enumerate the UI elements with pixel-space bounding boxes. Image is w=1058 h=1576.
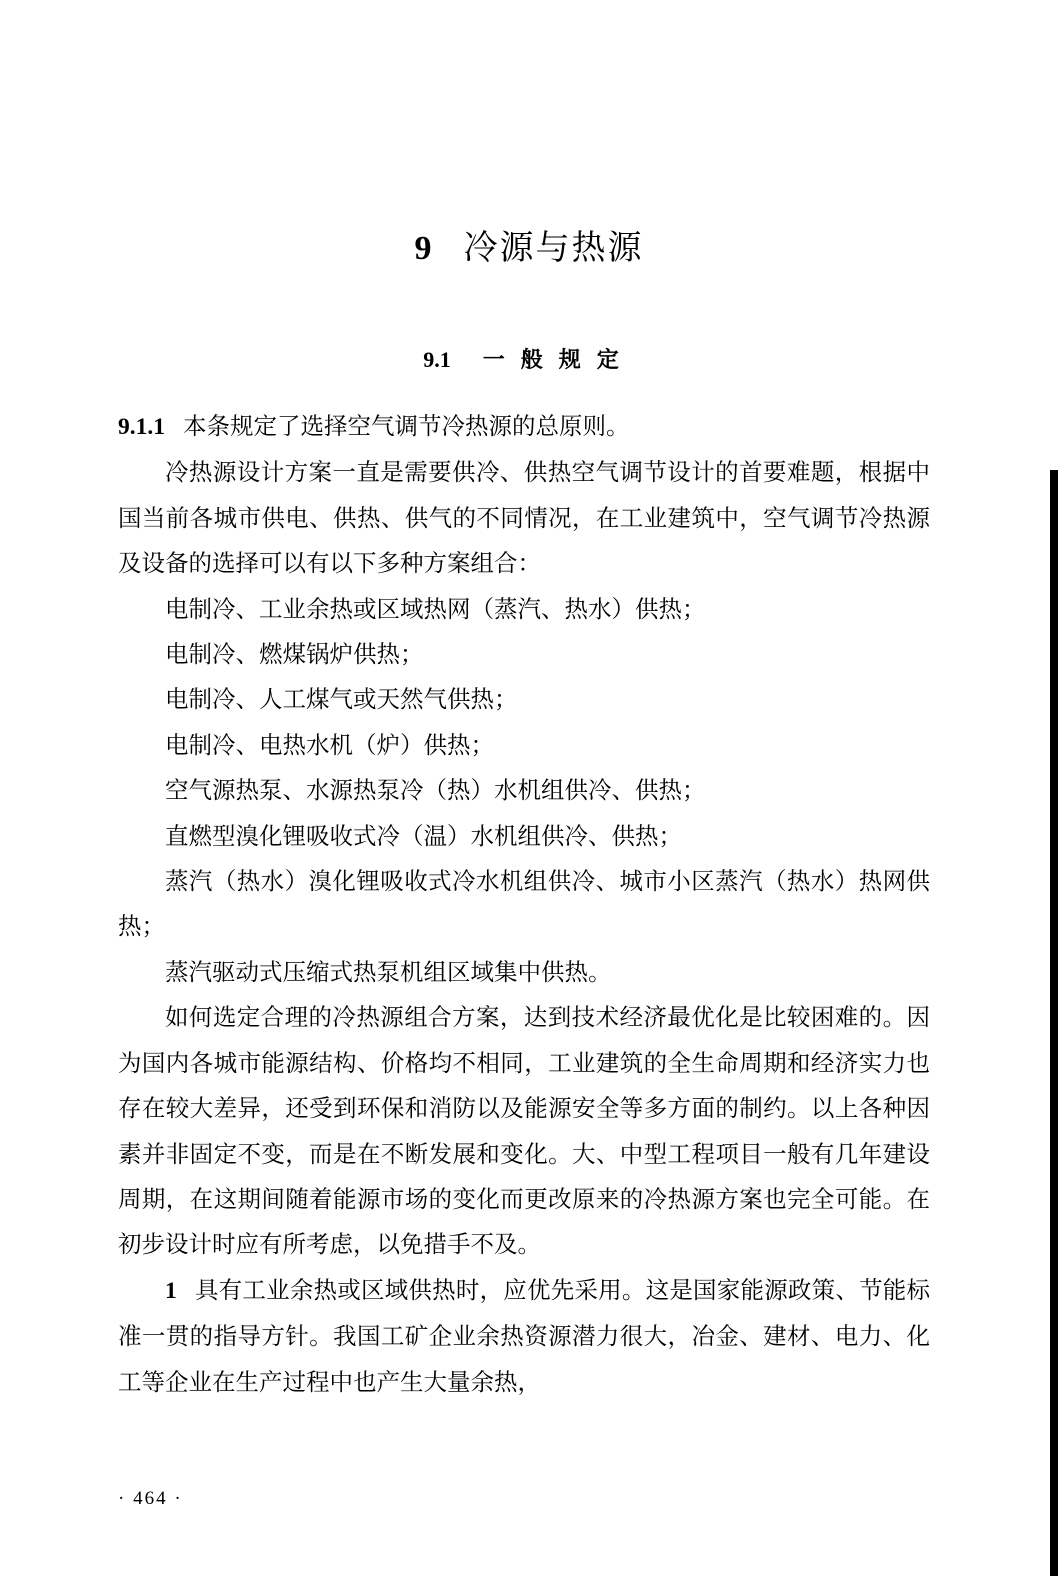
clause-number: 9.1.1: [118, 414, 165, 440]
numbered-item: 1具有工业余热或区域供热时，应优先采用。这是国家能源政策、节能标准一贯的指导方针…: [118, 1268, 930, 1405]
option-item: 电制冷、工业余热或区域热网（蒸汽、热水）供热；: [118, 587, 930, 632]
discussion-paragraph: 如何选定合理的冷热源组合方案，达到技术经济最优化是比较困难的。因为国内各城市能源…: [118, 995, 930, 1267]
section-number: 9.1: [423, 347, 451, 372]
scan-edge-border: [1050, 470, 1058, 1576]
option-item: 蒸汽驱动式压缩式热泵机组区域集中供热。: [118, 950, 930, 995]
option-item: 直燃型溴化锂吸收式冷（温）水机组供冷、供热；: [118, 814, 930, 859]
body-text: 9.1.1本条规定了选择空气调节冷热源的总原则。 冷热源设计方案一直是需要供冷、…: [118, 404, 930, 1405]
page-number: · 464 ·: [118, 1488, 183, 1510]
clause-text: 本条规定了选择空气调节冷热源的总原则。: [183, 412, 630, 440]
document-page: 9冷源与热源 9.1一般规定 9.1.1本条规定了选择空气调节冷热源的总原则。 …: [0, 0, 1058, 1576]
option-item: 电制冷、电热水机（炉）供热；: [118, 723, 930, 768]
item-text: 具有工业余热或区域供热时，应优先采用。这是国家能源政策、节能标准一贯的指导方针。…: [118, 1276, 930, 1396]
item-number: 1: [165, 1278, 177, 1304]
chapter-number: 9: [415, 230, 434, 267]
option-item: 电制冷、燃煤锅炉供热；: [118, 632, 930, 677]
chapter-title-text: 冷源与热源: [464, 228, 644, 268]
section-title: 9.1一般规定: [0, 340, 1058, 380]
section-title-text: 一般规定: [483, 347, 635, 373]
clause-paragraph: 9.1.1本条规定了选择空气调节冷热源的总原则。: [118, 404, 930, 450]
option-item: 蒸汽（热水）溴化锂吸收式冷水机组供冷、城市小区蒸汽（热水）热网供热；: [118, 859, 930, 950]
intro-paragraph: 冷热源设计方案一直是需要供冷、供热空气调节设计的首要难题，根据中国当前各城市供电…: [118, 450, 930, 586]
option-item: 电制冷、人工煤气或天然气供热；: [118, 677, 930, 722]
option-item: 空气源热泵、水源热泵冷（热）水机组供冷、供热；: [118, 768, 930, 813]
chapter-title: 9冷源与热源: [0, 222, 1058, 275]
